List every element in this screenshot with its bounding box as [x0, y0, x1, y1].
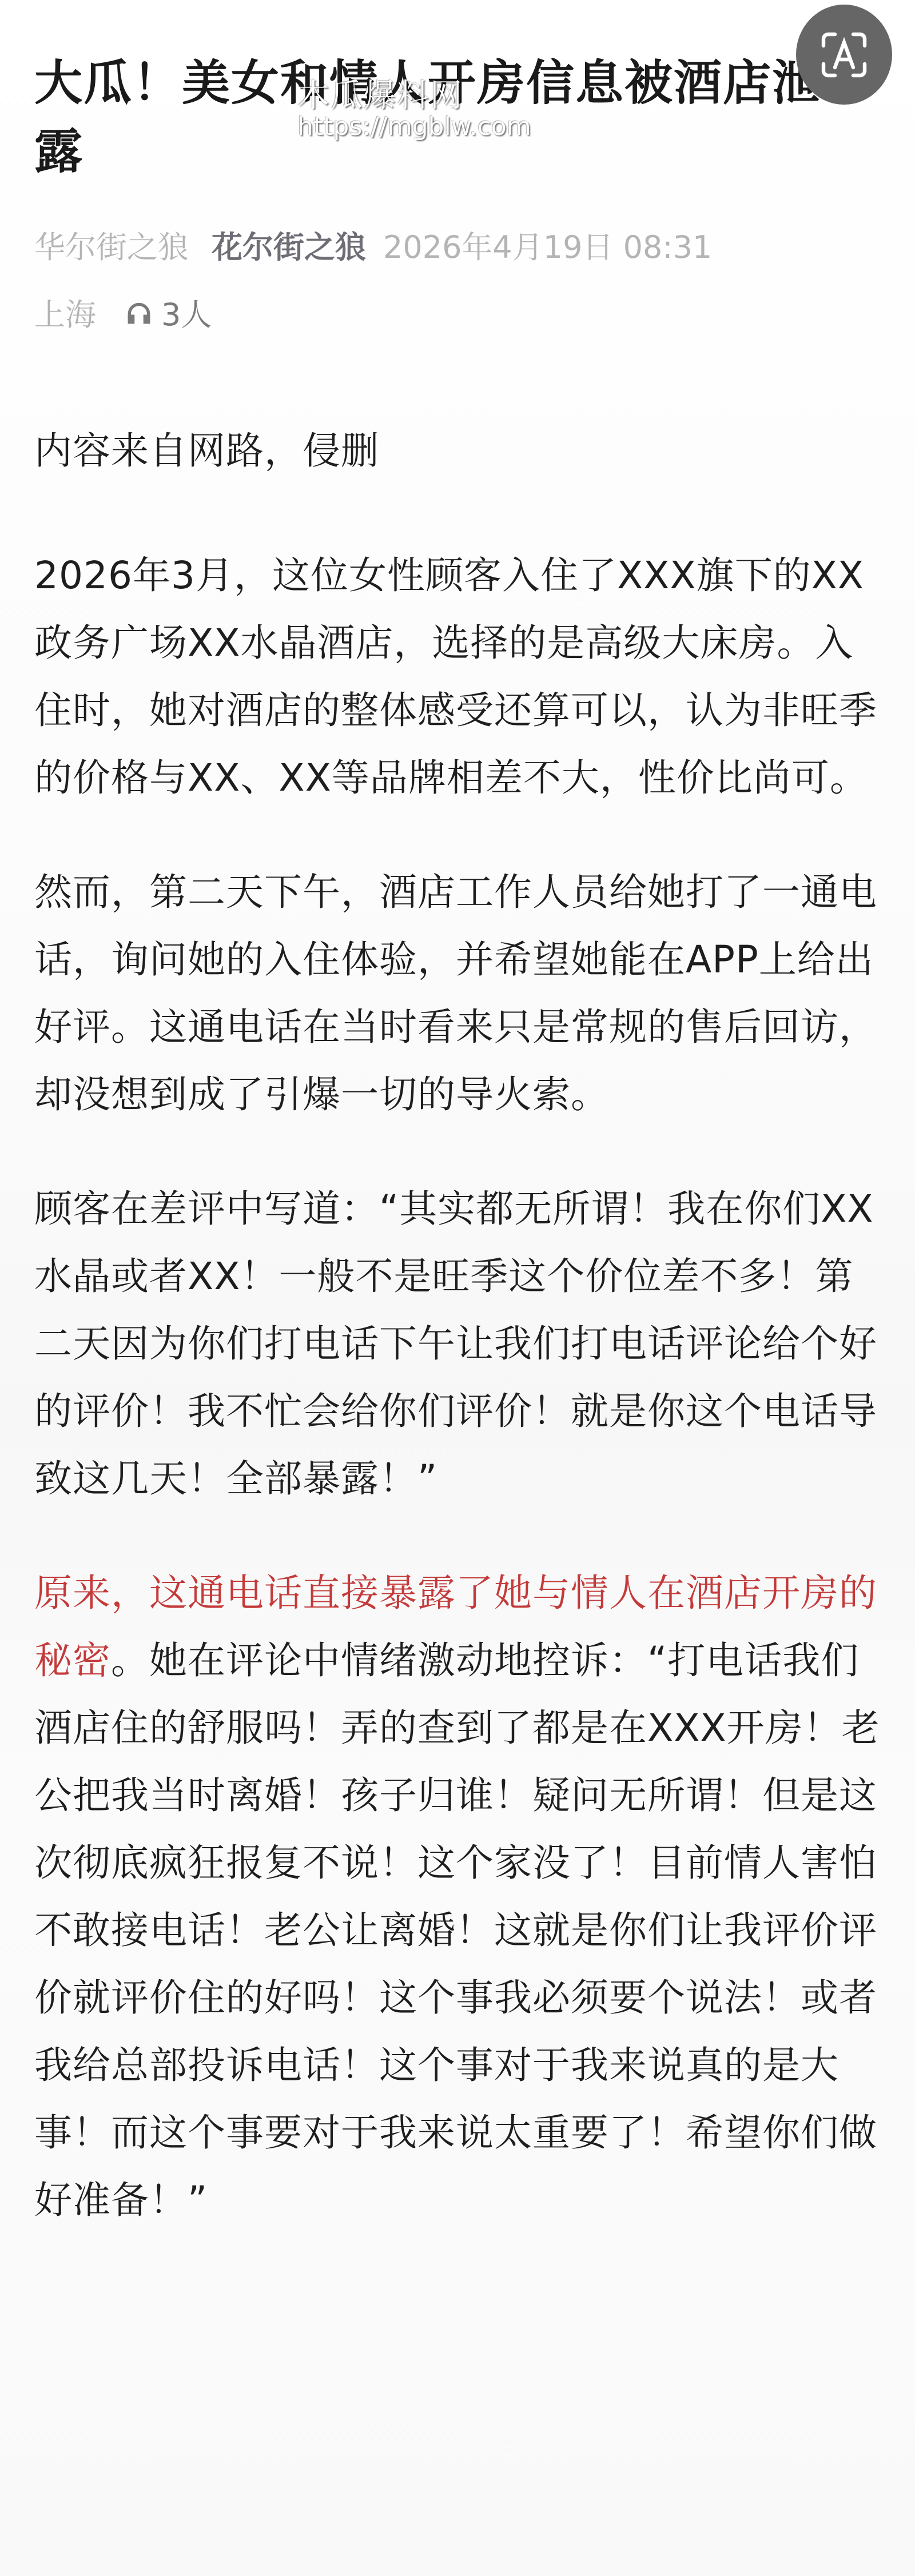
watermark: 木瓜爆料网 https://mgblw.com — [297, 80, 531, 139]
location: 上海 — [34, 290, 96, 334]
listen-button[interactable]: 3人 — [125, 290, 212, 334]
headphones-icon — [125, 298, 153, 327]
author-link[interactable]: 花尔街之狼 — [212, 229, 366, 265]
translate-button[interactable] — [796, 5, 892, 105]
translate-scan-icon — [817, 27, 872, 82]
watermark-url: https://mgblw.com — [297, 114, 531, 139]
paragraph-1: 2026年3月，这位女性顾客入住了XXX旗下的XX政务广场XX水晶酒店，选择的是… — [34, 542, 881, 812]
article-body: 内容来自网路，侵删 2026年3月，这位女性顾客入住了XXX旗下的XX政务广场X… — [34, 417, 881, 2281]
publish-date: 2026年4月19日 08:31 — [383, 229, 712, 265]
paragraph-4-rest: 。她在评论中情绪激动地控诉：“打电话我们酒店住的舒服吗！弄的查到了都是在XXX开… — [34, 1638, 880, 2222]
article-meta-secondary: 上海 3人 — [34, 290, 212, 334]
paragraph-2: 然而，第二天下午，酒店工作人员给她打了一通电话，询问她的入住体验，并希望她能在A… — [34, 859, 881, 1129]
source-name: 华尔街之狼 — [34, 229, 189, 265]
article-page: 大瓜！美女和情人开房信息被酒店泄露 木瓜爆料网 https://mgblw.co… — [0, 0, 915, 2576]
disclaimer: 内容来自网路，侵删 — [34, 417, 881, 485]
article-meta: 华尔街之狼花尔街之狼2026年4月19日 08:31 — [34, 223, 712, 267]
listener-count: 3人 — [161, 290, 212, 334]
watermark-name: 木瓜爆料网 — [297, 80, 531, 112]
paragraph-3: 顾客在差评中写道：“其实都无所谓！我在你们XX水晶或者XX！一般不是旺季这个价位… — [34, 1175, 881, 1513]
paragraph-4: 原来，这通电话直接暴露了她与情人在酒店开房的秘密。她在评论中情绪激动地控诉：“打… — [34, 1560, 881, 2234]
